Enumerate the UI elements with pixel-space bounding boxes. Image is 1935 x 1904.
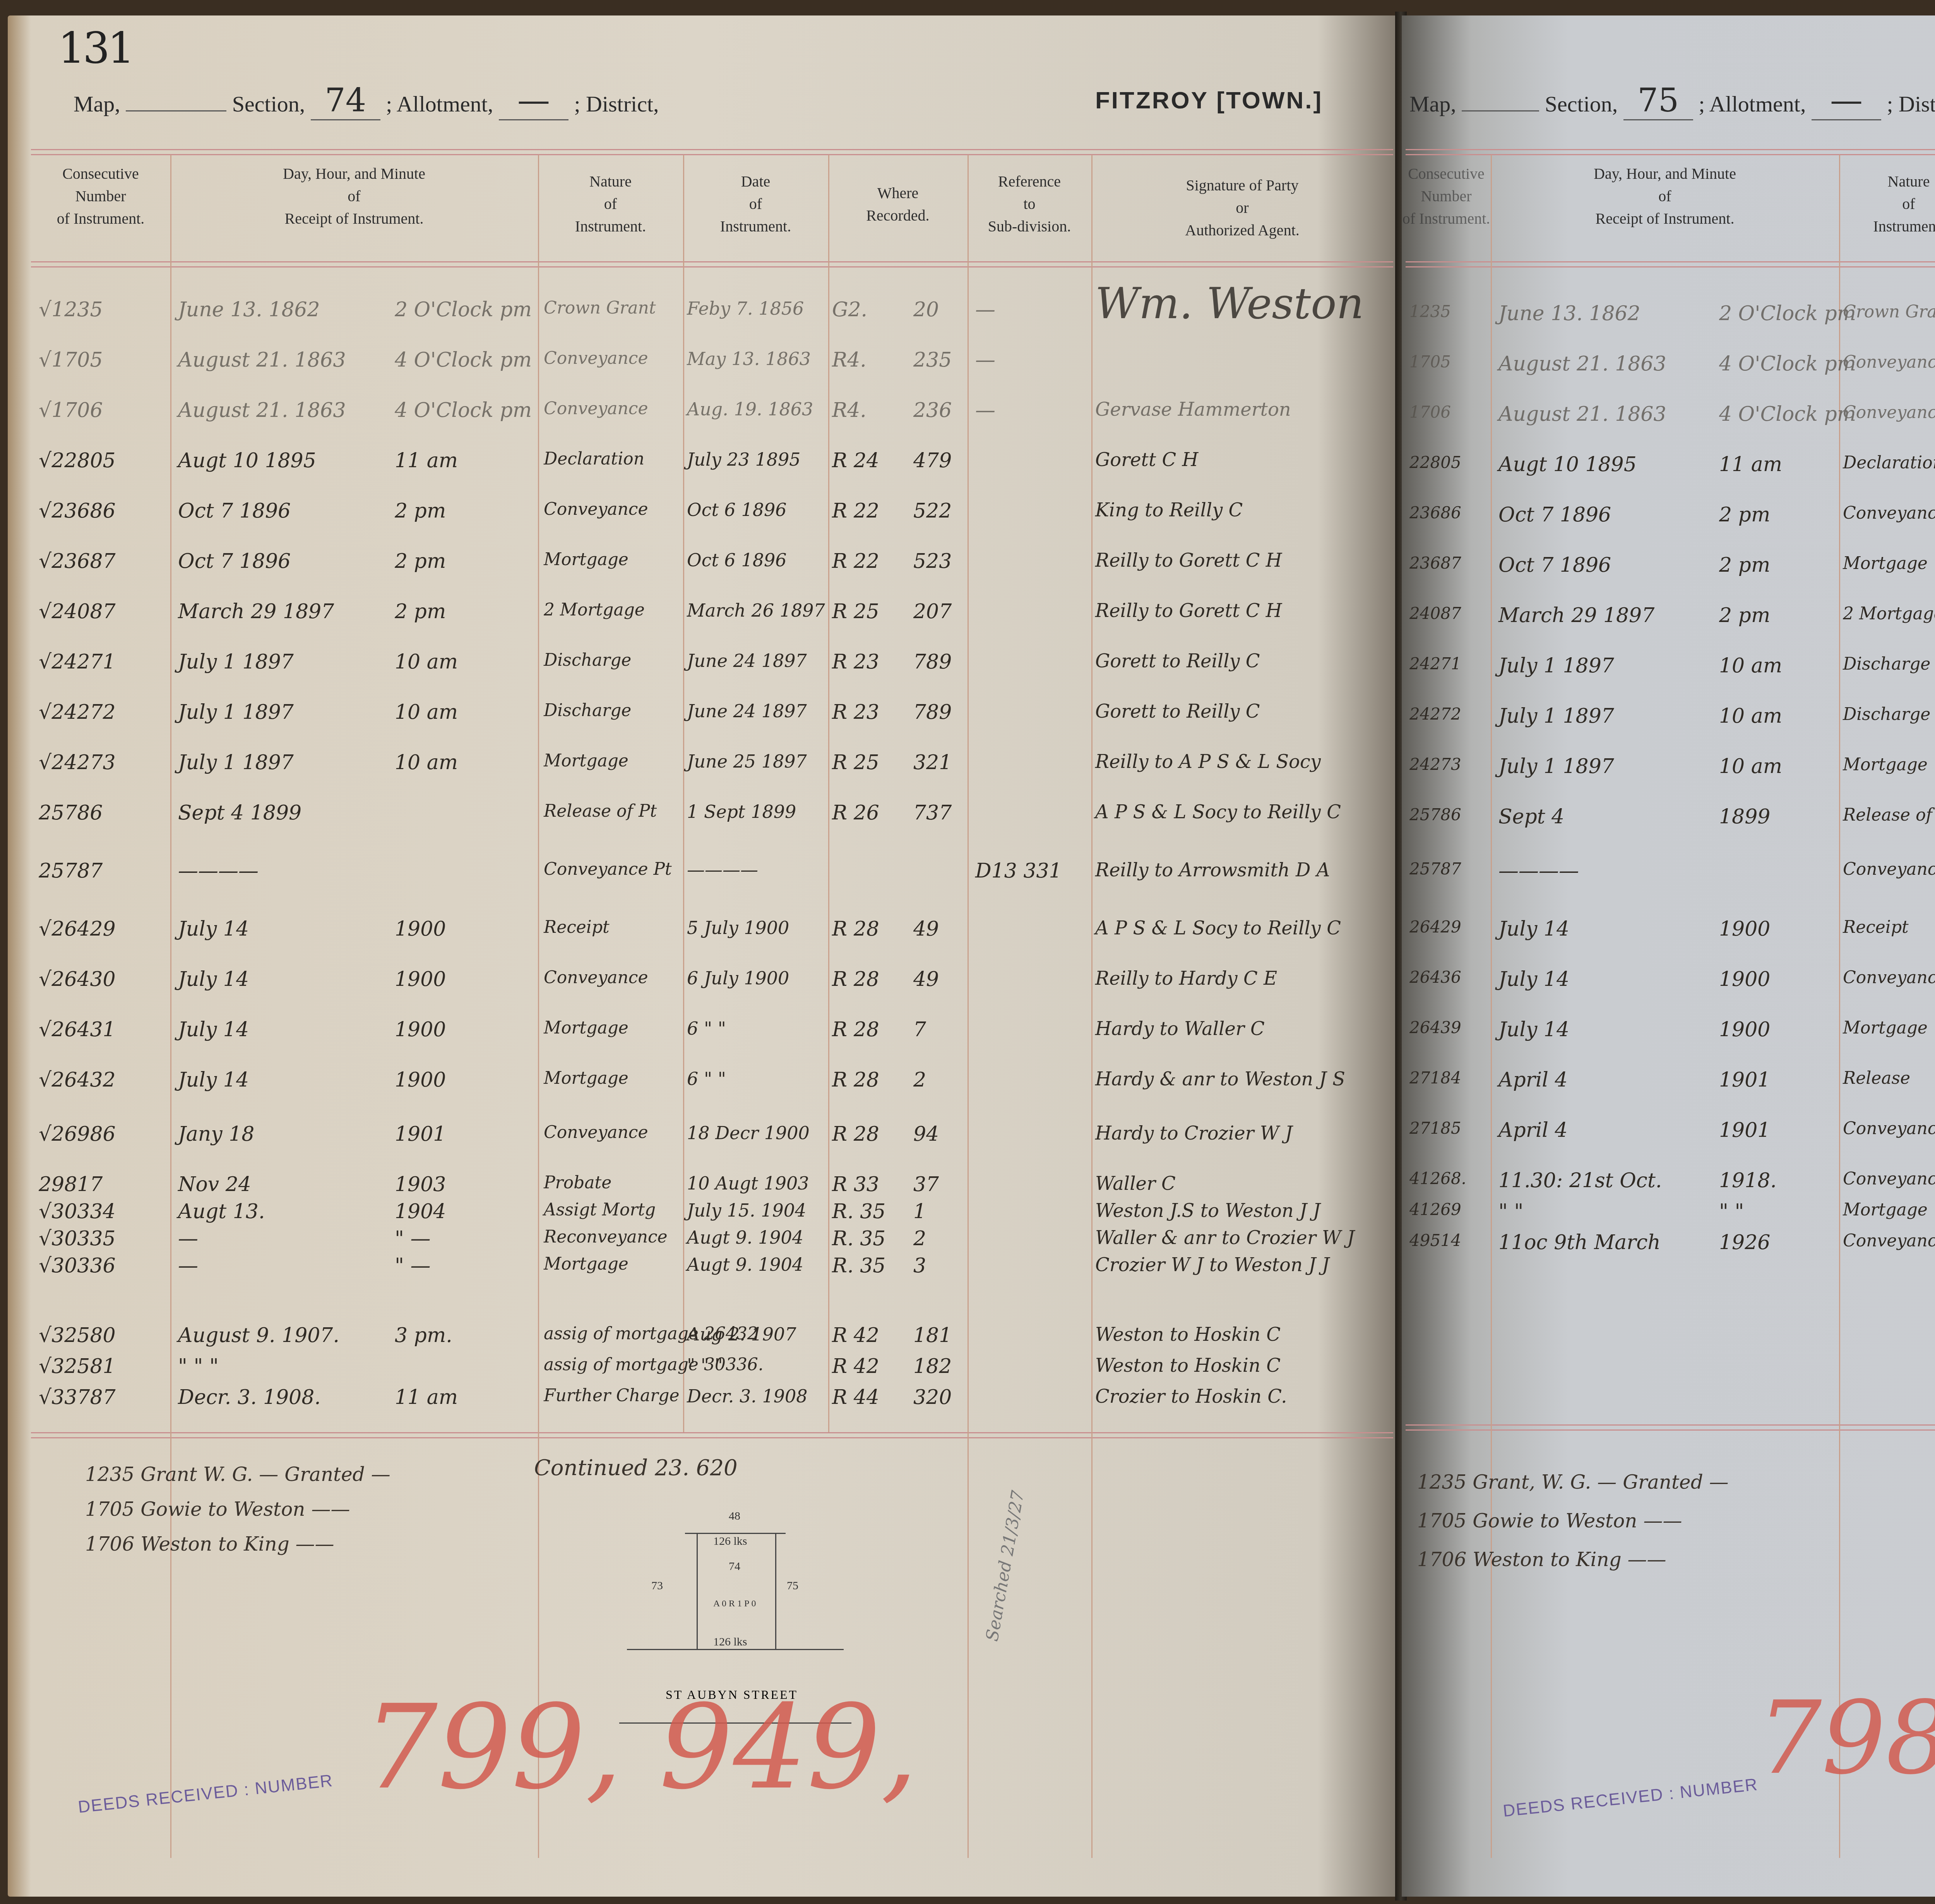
deeds-received-stamp: DEEDS RECEIVED : NUMBER (77, 1771, 334, 1817)
receipt-day: Augt 13. (178, 1200, 265, 1223)
footnote: 1706 Weston to King —— (1417, 1548, 1666, 1571)
instrument-number: √26431 (39, 1018, 116, 1041)
instrument-number: √24272 (39, 701, 116, 724)
district-label: ; District, (574, 91, 659, 117)
receipt-day: August 21. 1863 (178, 399, 346, 422)
receipt-hour: 1901 (1719, 1068, 1770, 1092)
instrument-nature: Conveyance (1843, 403, 1935, 422)
signature: Reilly to Hardy C E (1095, 968, 1277, 989)
record-page: 20 (913, 298, 939, 321)
instrument-number: √24087 (39, 600, 116, 623)
instrument-number: 23686 (1409, 503, 1461, 522)
receipt-hour: 2 pm (395, 499, 446, 523)
signature: Reilly to Gorett C H (1095, 600, 1282, 622)
record-page: 320 (913, 1386, 952, 1409)
record-page: 737 (913, 801, 952, 824)
receipt-hour: 1901 (395, 1123, 446, 1146)
instrument-date: 10 Augt 1903 (687, 1173, 809, 1194)
where-recorded: R 26 (832, 801, 879, 824)
deeds-numbers: 798, 799, 949, 2244, (1758, 1680, 1935, 1797)
instrument-date: 18 Decr 1900 (687, 1123, 810, 1143)
column-header-nature: Nature of Instrument. (1839, 170, 1935, 238)
column-header-receipt: Day, Hour, and Minute of Receipt of Inst… (1491, 163, 1839, 230)
instrument-number: √24271 (39, 650, 116, 674)
instrument-number: √30334 (39, 1200, 116, 1223)
instrument-date: 5 July 1900 (687, 917, 789, 938)
instrument-nature: Release of Pt (544, 801, 657, 821)
receipt-day: Augt 10 1895 (1498, 453, 1637, 476)
receipt-day: ———— (1498, 859, 1579, 883)
instrument-nature: Mortgage (1843, 1018, 1928, 1038)
record-page: 49 (913, 917, 939, 941)
instrument-date: Aug. 19. 1863 (687, 399, 813, 420)
column-divider (538, 155, 539, 1858)
map-value (126, 110, 226, 111)
receipt-hour: 10 am (1719, 654, 1782, 677)
table-end-rule (31, 1432, 1393, 1438)
instrument-date: July 15. 1904 (687, 1200, 806, 1221)
receipt-day: — (178, 1254, 198, 1277)
where-recorded: R. 35 (832, 1227, 885, 1250)
receipt-day: July 14 (178, 968, 249, 991)
receipt-hour: 1900 (395, 917, 446, 941)
receipt-day: March 29 1897 (178, 600, 334, 623)
where-recorded: R 28 (832, 1068, 879, 1092)
instrument-number: 23687 (1409, 554, 1461, 572)
subdivision-reference: D13 331 (975, 859, 1062, 883)
allotment-value: — (499, 81, 569, 120)
instrument-nature: Conveyance Pt (544, 859, 672, 879)
record-page: 523 (913, 550, 952, 573)
instrument-number: 1235 (1409, 302, 1451, 321)
receipt-hour: 10 am (1719, 704, 1782, 728)
instrument-nature: Receipt (544, 917, 610, 937)
receipt-hour: 1904 (395, 1200, 446, 1223)
signature: Gorett C H (1095, 449, 1198, 471)
receipt-day: April 4 (1498, 1119, 1568, 1142)
instrument-nature: Conveyance (1843, 1119, 1935, 1138)
instrument-nature: Conveyance (1843, 503, 1935, 523)
where-recorded: R 25 (832, 751, 879, 774)
receipt-hour: 11 am (395, 449, 458, 472)
instrument-number: √23687 (39, 550, 116, 573)
receipt-day: March 29 1897 (1498, 604, 1654, 627)
instrument-date: Augt 9. 1904 (687, 1254, 803, 1275)
signature: Crozier W J to Weston J J (1095, 1254, 1329, 1276)
instrument-number: √32581 (39, 1355, 116, 1378)
record-page: 207 (913, 600, 952, 623)
instrument-date: June 24 1897 (687, 650, 807, 671)
instrument-number: √24273 (39, 751, 116, 774)
receipt-day: August 21. 1863 (1498, 403, 1666, 426)
instrument-nature: Release of Pt (1843, 805, 1935, 825)
header-rule-bottom (1406, 261, 1935, 267)
receipt-day: June 13. 1862 (178, 298, 320, 321)
where-recorded: R4. (832, 348, 866, 372)
plan-line (627, 1649, 844, 1650)
instrument-date: Augt 9. 1904 (687, 1227, 803, 1248)
signature: Wm. Weston (1095, 279, 1364, 328)
record-page: 236 (913, 399, 952, 422)
instrument-nature: Mortgage (544, 1018, 628, 1038)
receipt-hour: 1899 (1719, 805, 1770, 828)
column-divider (967, 155, 969, 1858)
instrument-number: 26439 (1409, 1018, 1461, 1037)
receipt-day: July 1 1897 (1498, 704, 1614, 728)
record-page: 479 (913, 449, 952, 472)
receipt-hour: 2 pm (395, 600, 446, 623)
subdivision-reference: — (975, 399, 995, 422)
signature: Waller & anr to Crozier W J (1095, 1227, 1354, 1249)
where-recorded: R 22 (832, 499, 879, 523)
receipt-day: July 1 1897 (1498, 755, 1614, 778)
record-page: 789 (913, 701, 952, 724)
instrument-nature: Declaration (544, 449, 644, 469)
receipt-hour: " " (1719, 1200, 1744, 1223)
column-divider (1091, 155, 1093, 1858)
instrument-number: 29817 (39, 1173, 103, 1196)
receipt-day: August 21. 1863 (1498, 352, 1666, 375)
receipt-day: 11oc 9th March (1498, 1231, 1661, 1254)
instrument-number: 24271 (1409, 654, 1461, 673)
receipt-day: July 14 (178, 917, 249, 941)
receipt-hour: " — (395, 1227, 430, 1250)
instrument-nature: Conveyance (544, 499, 648, 519)
where-recorded: R 28 (832, 917, 879, 941)
instrument-date: Aug 2. 1907 (687, 1324, 796, 1345)
receipt-hour: 2 pm (1719, 554, 1770, 577)
record-page: 49 (913, 968, 939, 991)
record-page: 321 (913, 751, 952, 774)
instrument-nature: assig of mortgage 30336. (544, 1355, 764, 1374)
receipt-day: — (178, 1227, 198, 1250)
instrument-nature: Mortgage (1843, 554, 1928, 573)
receipt-day: July 14 (178, 1018, 249, 1041)
receipt-day: July 14 (1498, 917, 1569, 941)
instrument-nature: Discharge (544, 650, 631, 670)
signature: Waller C (1095, 1173, 1176, 1194)
receipt-hour: 2 O'Clock pm (395, 298, 532, 321)
plan-line (685, 1533, 786, 1534)
receipt-day: August 9. 1907. (178, 1324, 339, 1347)
receipt-hour: 4 O'Clock pm (1719, 352, 1856, 375)
instrument-number: 25787 (1409, 859, 1461, 878)
receipt-day: Sept 4 (1498, 805, 1564, 828)
column-header-nature: Nature of Instrument. (538, 170, 683, 238)
column-divider (683, 155, 684, 1432)
instrument-number: √1705 (39, 348, 103, 372)
receipt-hour: 2 pm (395, 550, 446, 573)
record-page: 181 (913, 1324, 952, 1347)
instrument-nature: Probate (544, 1173, 611, 1193)
signature: Gervase Hammerton (1095, 399, 1291, 420)
where-recorded: G2. (832, 298, 867, 321)
instrument-number: 1705 (1409, 352, 1451, 371)
instrument-number: √32580 (39, 1324, 116, 1347)
receipt-day: Oct 7 1896 (178, 499, 291, 523)
instrument-number: √23686 (39, 499, 116, 523)
signature: Hardy to Waller C (1095, 1018, 1265, 1040)
receipt-hour: 2 O'Clock pm (1719, 302, 1856, 325)
receipt-hour: 10 am (395, 701, 458, 724)
allotment-label: ; Allotment, (386, 91, 493, 117)
footnote: 1235 Grant W. G. — Granted — (85, 1463, 390, 1486)
instrument-nature: Conveyance (1843, 352, 1935, 372)
receipt-day: " " (1498, 1200, 1523, 1223)
instrument-nature: Crown Grant (1843, 302, 1935, 322)
receipt-hour: 1900 (395, 1018, 446, 1041)
receipt-hour: 2 pm (1719, 604, 1770, 627)
instrument-nature: Conveyance (544, 348, 648, 368)
receipt-hour: 1900 (395, 1068, 446, 1092)
instrument-number: √22805 (39, 449, 116, 472)
page-header: Map, Section, 75 ; Allotment, — ; Distri… (1409, 81, 1935, 120)
signature: Reilly to A P S & L Socy (1095, 751, 1321, 773)
where-recorded: R 44 (832, 1386, 879, 1409)
instrument-number: 26429 (1409, 917, 1461, 936)
footnote: 1705 Gowie to Weston —— (85, 1498, 350, 1520)
instrument-number: 25786 (39, 801, 103, 824)
pencil-note: Searched 21/3/27 (982, 1489, 1028, 1643)
instrument-date: 6 July 1900 (687, 968, 789, 989)
where-recorded: R 25 (832, 600, 879, 623)
signature: Gorett to Reilly C (1095, 650, 1260, 672)
where-recorded: R 42 (832, 1324, 879, 1347)
instrument-nature: Further Charge (544, 1386, 679, 1405)
map-label: Map, (1409, 91, 1456, 117)
page-header: Map, Section, 74 ; Allotment, — ; Distri… (74, 81, 659, 120)
where-recorded: R4. (832, 399, 866, 422)
instrument-number: √1235 (39, 298, 103, 321)
instrument-date: 1 Sept 1899 (687, 801, 796, 822)
receipt-day: July 14 (1498, 1018, 1569, 1041)
instrument-date: Oct 6 1896 (687, 550, 787, 571)
where-recorded: R 23 (832, 650, 879, 674)
instrument-nature: Reconveyance (544, 1227, 668, 1247)
signature: Weston J.S to Weston J J (1095, 1200, 1320, 1222)
receipt-hour: 1903 (395, 1173, 446, 1196)
instrument-number: √26429 (39, 917, 116, 941)
instrument-nature: Crown Grant (544, 298, 656, 318)
signature: Reilly to Gorett C H (1095, 550, 1282, 571)
column-header-date: Date of Instrument. (683, 170, 828, 238)
receipt-day: April 4 (1498, 1068, 1568, 1092)
instrument-number: 49514 (1409, 1231, 1461, 1250)
signature: Crozier to Hoskin C. (1095, 1386, 1287, 1407)
instrument-date: March 26 1897 (687, 600, 825, 621)
instrument-nature: Discharge (544, 701, 631, 720)
instrument-number: 27185 (1409, 1119, 1461, 1138)
instrument-date: 6 " " (687, 1018, 726, 1039)
instrument-number: 41268. (1409, 1169, 1466, 1188)
section-value: 75 (1623, 81, 1693, 120)
allotment-plan: 48 73 74 75 126 lks 126 lks A 0 R 1 P 0 (697, 1533, 776, 1649)
instrument-date: 6 " " (687, 1068, 726, 1089)
receipt-day: July 14 (1498, 968, 1569, 991)
instrument-number: 26436 (1409, 968, 1461, 987)
record-page: 789 (913, 650, 952, 674)
column-header-signature: Signature of Party or Authorized Agent. (1091, 174, 1393, 242)
instrument-nature: Mortgage (1843, 755, 1928, 775)
where-recorded: R 24 (832, 449, 879, 472)
receipt-hour: 1900 (1719, 917, 1770, 941)
receipt-hour: 1900 (395, 968, 446, 991)
column-header-receipt: Day, Hour, and Minute of Receipt of Inst… (170, 163, 538, 230)
instrument-number: 22805 (1409, 453, 1461, 472)
instrument-date: June 24 1897 (687, 701, 807, 721)
receipt-hour: 1926 (1719, 1231, 1770, 1254)
receipt-hour: 2 pm (1719, 503, 1770, 526)
instrument-nature: Conveyance (544, 1123, 648, 1142)
table-end-rule (1406, 1424, 1935, 1431)
column-header-number: Consecutive Number of Instrument. (1402, 163, 1491, 230)
instrument-nature: Assigt Mortg (544, 1200, 656, 1220)
deeds-received-stamp: DEEDS RECEIVED : NUMBER (1502, 1775, 1759, 1821)
instrument-date: May 13. 1863 (687, 348, 811, 369)
instrument-number: 27184 (1409, 1068, 1461, 1087)
receipt-day: June 13. 1862 (1498, 302, 1640, 325)
where-recorded: R 28 (832, 1123, 879, 1146)
instrument-number: √30336 (39, 1254, 116, 1277)
instrument-nature: Conveyance (1843, 968, 1935, 987)
signature: King to Reilly C (1095, 499, 1243, 521)
record-page: 2 (913, 1227, 926, 1250)
instrument-nature: Mortgage (544, 1068, 628, 1088)
receipt-day: August 21. 1863 (178, 348, 346, 372)
receipt-hour: 1900 (1719, 968, 1770, 991)
receipt-day: Sept 4 1899 (178, 801, 301, 824)
left-page: 131 Map, Section, 74 ; Allotment, — ; Di… (8, 15, 1401, 1897)
signature: Weston to Hoskin C (1095, 1324, 1281, 1345)
section-label: Section, (1545, 91, 1618, 117)
receipt-hour: 1900 (1719, 1018, 1770, 1041)
instrument-nature: Mortgage (544, 1254, 628, 1274)
receipt-day: July 1 1897 (178, 650, 294, 674)
instrument-number: 24087 (1409, 604, 1461, 623)
signature: Hardy to Crozier W J (1095, 1123, 1293, 1144)
instrument-number: √1706 (39, 399, 103, 422)
receipt-day: " " " (178, 1355, 219, 1378)
receipt-hour: 11 am (1719, 453, 1782, 476)
header-rule-bottom (31, 261, 1393, 267)
signature: Gorett to Reilly C (1095, 701, 1260, 722)
instrument-number: 25787 (39, 859, 103, 883)
section-value: 74 (311, 81, 380, 120)
column-divider (170, 155, 171, 1858)
signature: Hardy & anr to Weston J S (1095, 1068, 1345, 1090)
continued-note: Continued 23. 620 (534, 1455, 738, 1481)
record-page: 1 (913, 1200, 926, 1223)
right-page: 132 Map, Section, 75 ; Allotment, — ; Di… (1402, 15, 1935, 1897)
record-page: 3 (913, 1254, 926, 1277)
instrument-number: √26432 (39, 1068, 116, 1092)
receipt-day: July 1 1897 (178, 701, 294, 724)
record-page: 522 (913, 499, 952, 523)
record-page: 182 (913, 1355, 952, 1378)
subdivision-reference: — (975, 298, 995, 321)
receipt-day: Oct 7 1896 (1498, 554, 1611, 577)
instrument-nature: Conveyance (544, 968, 648, 987)
receipt-hour: 1901 (1719, 1119, 1770, 1142)
instrument-date: ———— (687, 859, 758, 880)
receipt-day: July 1 1897 (178, 751, 294, 774)
signature: Weston to Hoskin C (1095, 1355, 1281, 1376)
receipt-day: 11.30: 21st Oct. (1498, 1169, 1662, 1192)
where-recorded: R 28 (832, 1018, 879, 1041)
instrument-date: Feby 7. 1856 (687, 298, 804, 319)
instrument-nature: 2 Mortgage (544, 600, 645, 620)
receipt-day: Oct 7 1896 (1498, 503, 1611, 526)
record-page: 7 (913, 1018, 926, 1041)
receipt-day: Augt 10 1895 (178, 449, 316, 472)
column-header-where: Where Recorded. (828, 182, 967, 227)
receipt-day: July 1 1897 (1498, 654, 1614, 677)
instrument-nature: Conveyance (1843, 1169, 1935, 1189)
receipt-hour: 4 O'Clock pm (395, 399, 532, 422)
receipt-hour: 1918. (1719, 1169, 1777, 1192)
instrument-date: Decr. 3. 1908 (687, 1386, 808, 1407)
receipt-day: Nov 24 (178, 1173, 251, 1196)
allotment-label: ; Allotment, (1699, 91, 1806, 117)
record-page: 235 (913, 348, 952, 372)
instrument-nature: Conveyance Pt (1843, 859, 1935, 879)
header-rule (31, 149, 1393, 155)
receipt-day: ———— (178, 859, 259, 883)
instrument-nature: Mortgage (1843, 1200, 1928, 1220)
instrument-nature: Mortgage (544, 550, 628, 569)
where-recorded: R. 35 (832, 1200, 885, 1223)
instrument-number: 1706 (1409, 403, 1451, 422)
instrument-date: Oct 6 1896 (687, 499, 787, 520)
district-label: ; District, (1887, 91, 1935, 117)
record-page: 2 (913, 1068, 926, 1092)
district-value: FITZROY [TOWN.] (1095, 87, 1323, 114)
subdivision-reference: — (975, 348, 995, 372)
receipt-hour: 4 O'Clock pm (395, 348, 532, 372)
allotment-value: — (1812, 81, 1881, 120)
where-recorded: R 22 (832, 550, 879, 573)
instrument-nature: Declaration (1843, 453, 1935, 473)
where-recorded: R 23 (832, 701, 879, 724)
receipt-day: July 14 (178, 1068, 249, 1092)
instrument-date: July 23 1895 (687, 449, 801, 470)
instrument-number: √33787 (39, 1386, 116, 1409)
receipt-hour: 4 O'Clock pm (1719, 403, 1856, 426)
header-rule (1406, 149, 1935, 155)
instrument-number: 24272 (1409, 704, 1461, 723)
column-divider (1491, 155, 1492, 1858)
footnote: 1705 Gowie to Weston —— (1417, 1510, 1682, 1532)
where-recorded: R 42 (832, 1355, 879, 1378)
page-number: 131 (58, 23, 132, 73)
instrument-number: 41269 (1409, 1200, 1461, 1219)
map-value (1462, 110, 1539, 111)
signature: A P S & L Socy to Reilly C (1095, 917, 1341, 939)
where-recorded: R. 35 (832, 1254, 885, 1277)
receipt-hour: 11 am (395, 1386, 458, 1409)
instrument-nature: Mortgage (544, 751, 628, 771)
receipt-hour: 10 am (395, 751, 458, 774)
receipt-day: Decr. 3. 1908. (178, 1386, 321, 1409)
instrument-number: √26986 (39, 1123, 116, 1146)
instrument-number: √26430 (39, 968, 116, 991)
receipt-day: Jany 18 (178, 1123, 254, 1146)
column-header-reference: Reference to Sub-division. (967, 170, 1091, 238)
where-recorded: R 33 (832, 1173, 879, 1196)
receipt-hour: 3 pm. (395, 1324, 452, 1347)
instrument-number: 25786 (1409, 805, 1461, 824)
where-recorded: R 28 (832, 968, 879, 991)
